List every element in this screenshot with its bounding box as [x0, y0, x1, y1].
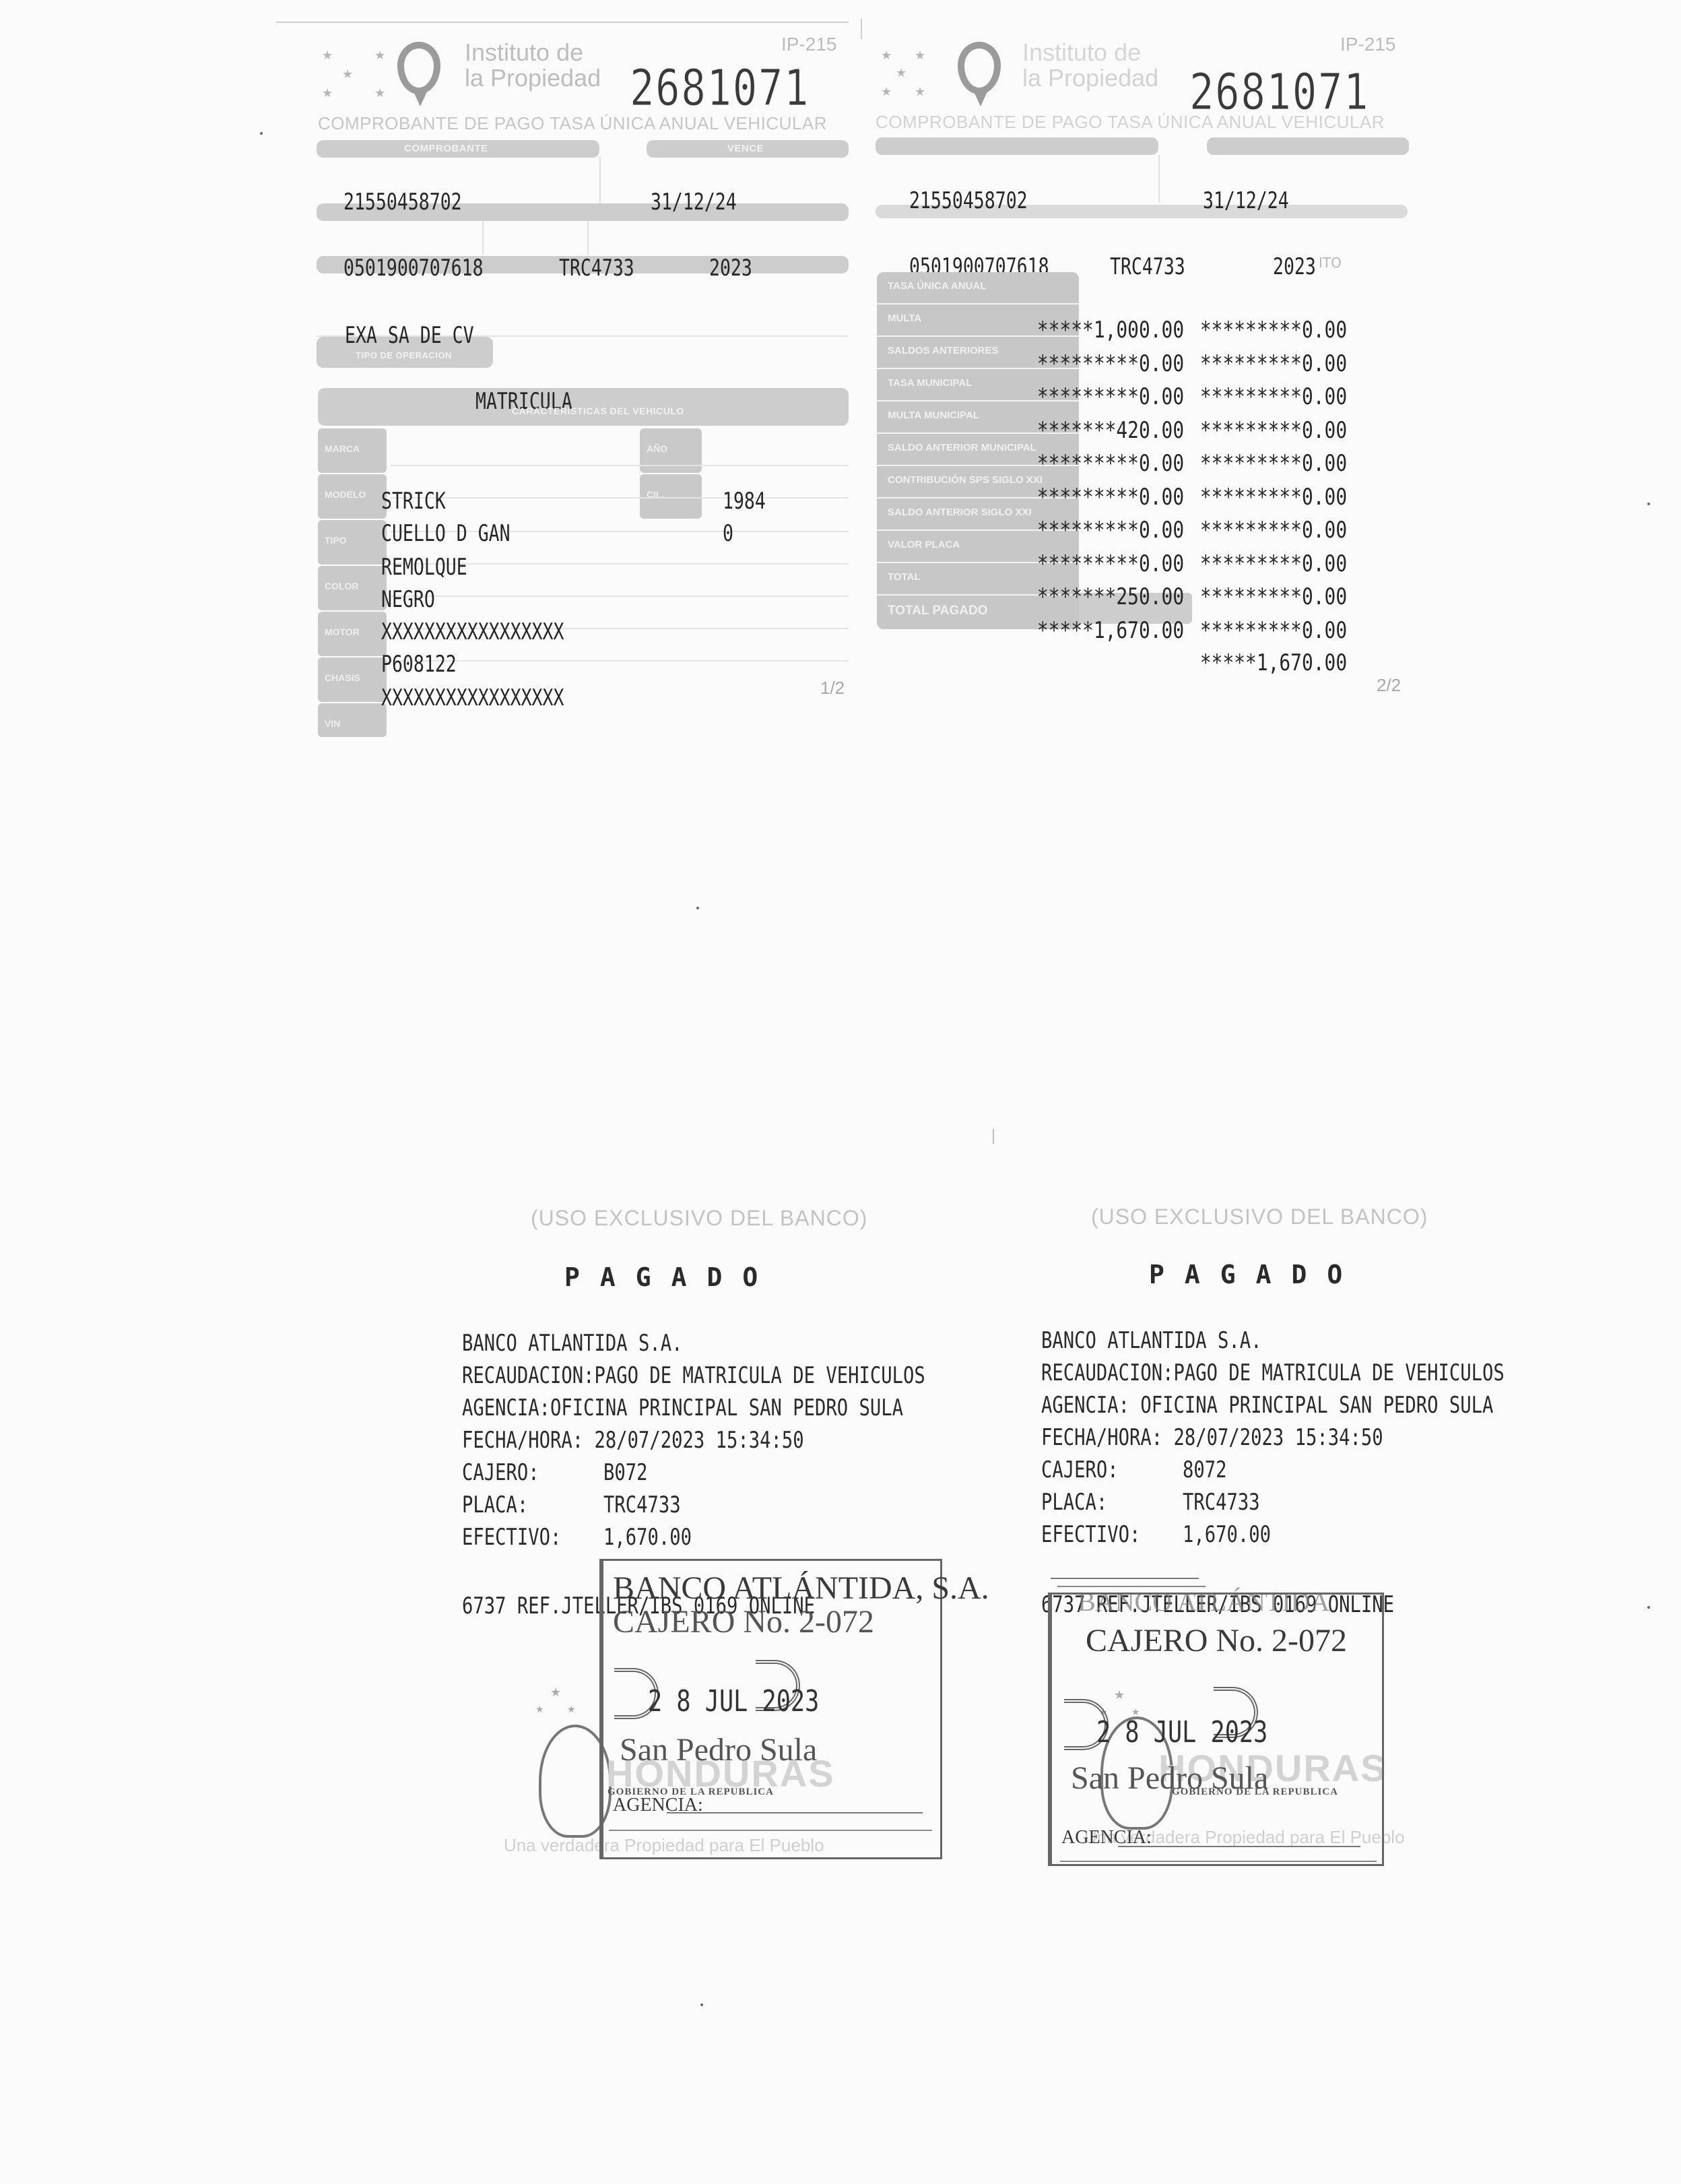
scan-edge-line: [276, 22, 849, 23]
amount-col1-value: *********0.00: [1037, 517, 1184, 544]
vehicle-motor-value: XXXXXXXXXXXXXXXXX: [381, 618, 564, 645]
anio-value: 2023: [709, 255, 752, 282]
vehicle-label: MOTOR: [325, 627, 360, 637]
contribuyente-id-value: 0501900707618: [343, 255, 484, 282]
scan-speck: [696, 907, 699, 909]
stamp-city: San Pedro Sula: [1071, 1760, 1268, 1797]
efectivo-value: 1,670.00: [1183, 1521, 1271, 1548]
form-code: IP-215: [1340, 34, 1396, 55]
vehicle-marca-value: STRICK: [381, 488, 446, 515]
amount-label: SALDO ANTERIOR SIGLO XXI: [888, 507, 1032, 518]
vehicle-cil-value: 0: [723, 520, 733, 547]
stamp-date: 2 8 JUL 2023: [648, 1684, 819, 1719]
institution-name-line1: Instituto de: [1022, 39, 1141, 66]
comprobante-value: 21550458702: [343, 189, 462, 216]
fecha-hora-line: FECHA/HORA: 28/07/2023 15:34:50: [1041, 1424, 1383, 1451]
comprobante-value: 21550458702: [909, 187, 1028, 214]
vence-value: 31/12/24: [1203, 187, 1289, 214]
amount-col2-value: *********0.00: [1200, 383, 1347, 410]
efectivo-label: EFECTIVO:: [462, 1524, 561, 1551]
stamp-date: 2 8 JUL 2023: [1096, 1715, 1267, 1749]
agencia-line: AGENCIA: OFICINA PRINCIPAL SAN PEDRO SUL…: [1041, 1392, 1493, 1419]
efectivo-label: EFECTIVO:: [1041, 1521, 1140, 1548]
stamp-cashier-number: CAJERO No. 2-072: [613, 1603, 874, 1640]
vehicle-label: MARCA: [325, 443, 360, 454]
amount-col1-value: *****1,000.00: [1037, 317, 1184, 344]
amount-col1-value: *********0.00: [1037, 484, 1184, 511]
efectivo-value: 1,670.00: [603, 1524, 692, 1551]
vehicle-color-value: NEGRO: [381, 586, 435, 613]
scan-mark: [993, 1129, 994, 1144]
cajero-value: B072: [603, 1459, 648, 1486]
amount-col2-value: *********0.00: [1200, 350, 1347, 377]
vehicle-vin-value: XXXXXXXXXXXXXXXXX: [381, 684, 564, 711]
total-pagado-value: *****1,670.00: [1200, 649, 1347, 676]
field-border: [1158, 155, 1160, 202]
agencia-line: AGENCIA:OFICINA PRINCIPAL SAN PEDRO SULA: [462, 1394, 903, 1421]
field-border: [391, 497, 849, 499]
institution-name-line2: la Propiedad: [1022, 65, 1158, 92]
stamp-line: [1051, 1578, 1199, 1579]
cajero-value: 8072: [1183, 1456, 1227, 1483]
property-institute-logo-icon: [958, 42, 1001, 94]
amount-label: MULTA: [888, 313, 921, 324]
star-icon: ★: [550, 1685, 561, 1700]
caracteristicas-label: CARACTERISTICAS DEL VEHICULO: [512, 406, 684, 416]
amount-col2-value: *********0.00: [1200, 517, 1347, 544]
star-icon: ★: [896, 66, 907, 80]
recaudacion-line: RECAUDACION:PAGO DE MATRICULA DE VEHICUL…: [462, 1362, 925, 1389]
vehicle-label: COLOR: [325, 581, 359, 591]
amount-label: TASA ÚNICA ANUAL: [888, 280, 986, 292]
vehicle-label: MODELO: [325, 489, 366, 500]
tipo-operacion-label: TIPO DE OPERACION: [356, 350, 452, 360]
amount-label: SALDO ANTERIOR MUNICIPAL: [888, 442, 1036, 453]
placa-value: TRC4733: [559, 255, 634, 282]
page-number: 2/2: [1377, 675, 1401, 696]
field-border: [391, 660, 849, 662]
vehicle-modelo-value: CUELLO D GAN: [381, 520, 510, 547]
placa-value: TRC4733: [1110, 253, 1185, 280]
paid-status: PAGADO: [1149, 1260, 1362, 1289]
field-border: [391, 596, 849, 597]
star-icon: ★: [881, 49, 892, 63]
amount-label: VALOR PLACA: [888, 539, 960, 550]
placa-value: TRC4733: [1183, 1489, 1260, 1516]
stamp-line: [1118, 1846, 1360, 1847]
stamp-cashier-number: CAJERO No. 2-072: [1086, 1622, 1347, 1659]
amount-col1-value: *******420.00: [1037, 417, 1184, 444]
bank-use-only-header: (USO EXCLUSIVO DEL BANCO): [531, 1206, 867, 1231]
scan-speck: [1647, 503, 1650, 505]
amount-label: TASA MUNICIPAL: [888, 377, 973, 389]
star-icon: ★: [374, 86, 385, 100]
bank-use-only-header: (USO EXCLUSIVO DEL BANCO): [1091, 1205, 1428, 1229]
star-icon: ★: [535, 1704, 544, 1715]
amount-col1-value: *********0.00: [1037, 450, 1184, 477]
institution-name-line2: la Propiedad: [465, 65, 601, 92]
cajero-label: CAJERO:: [462, 1459, 539, 1486]
amount-label: CONTRIBUCIÓN SPS SIGLO XXI: [888, 474, 1043, 486]
tipo-operacion-value: EXA SA DE CV: [345, 322, 474, 349]
amount-col1-value: *********0.00: [1037, 383, 1184, 410]
placa-value: TRC4733: [603, 1491, 681, 1518]
property-institute-logo-icon: [397, 42, 440, 94]
amount-col1-value: *********0.00: [1037, 350, 1184, 377]
amount-col1-value: *********0.00: [1037, 550, 1184, 577]
vehicle-label: VIN: [325, 718, 340, 729]
vence-header-bar: [1207, 137, 1409, 155]
institution-name-line1: Instituto de: [465, 39, 583, 66]
serial-number: 2681071: [630, 59, 810, 117]
amount-label: MULTA MUNICIPAL: [888, 410, 979, 421]
star-icon: ★: [881, 85, 892, 99]
amount-col2-value: *********0.00: [1200, 617, 1347, 644]
vehicle-label: CHASIS: [325, 672, 360, 683]
placa-label: PLACA:: [1041, 1489, 1107, 1516]
star-icon: ★: [915, 85, 925, 99]
amount-label: TOTAL: [888, 571, 921, 583]
scan-speck: [700, 2003, 703, 2006]
stamp-bank-name: BANCO ATLÁNTIDA, S.A.: [613, 1570, 989, 1607]
bank-name: BANCO ATLANTIDA S.A.: [462, 1330, 683, 1357]
anio-suffix: ITO: [1319, 255, 1342, 271]
paid-status: PAGADO: [564, 1262, 778, 1292]
placa-label: PLACA:: [462, 1491, 528, 1518]
amount-col2-value: *********0.00: [1200, 450, 1347, 477]
star-icon: ★: [915, 49, 925, 63]
comprobante-label: COMPROBANTE: [404, 143, 488, 154]
field-border: [482, 221, 484, 255]
field-border: [391, 465, 849, 466]
amount-label: TOTAL PAGADO: [888, 604, 987, 618]
vence-label: VENCE: [727, 143, 764, 154]
vehicle-year-value: 1984: [723, 488, 766, 515]
amount-col1-value: *****1,670.00: [1037, 617, 1184, 644]
scan-speck: [1647, 1606, 1650, 1609]
amount-col2-value: *********0.00: [1200, 317, 1347, 344]
document-title: COMPROBANTE DE PAGO TASA ÚNICA ANUAL VEH…: [876, 112, 1385, 133]
fecha-hora-line: FECHA/HORA: 28/07/2023 15:34:50: [462, 1427, 804, 1454]
amount-col1-value: *******250.00: [1037, 583, 1184, 610]
amount-label: SALDOS ANTERIORES: [888, 345, 998, 356]
stamp-line: [667, 1812, 923, 1813]
bank-name: BANCO ATLANTIDA S.A.: [1041, 1327, 1262, 1354]
vehicle-label: TIPO: [325, 535, 347, 546]
field-border: [587, 221, 589, 255]
amount-col2-value: *********0.00: [1200, 550, 1347, 577]
page-number: 1/2: [820, 678, 845, 699]
cajero-label: CAJERO:: [1041, 1456, 1119, 1483]
comprobante-header-bar: [876, 137, 1158, 155]
amount-col2-value: *********0.00: [1200, 583, 1347, 610]
star-icon: ★: [322, 49, 333, 63]
amount-col2-value: *********0.00: [1200, 484, 1347, 511]
amount-col2-value: *********0.00: [1200, 417, 1347, 444]
page-separator: [861, 19, 862, 39]
star-icon: ★: [322, 86, 333, 100]
anio-value: 2023: [1273, 253, 1316, 280]
star-icon: ★: [374, 49, 385, 63]
recaudacion-line: RECAUDACION:PAGO DE MATRICULA DE VEHICUL…: [1041, 1359, 1505, 1386]
stamp-line: [609, 1830, 932, 1831]
vehicle-tipo-value: REMOLQUE: [381, 554, 467, 581]
scan-speck: [260, 132, 263, 135]
field-border: [599, 156, 601, 203]
star-icon: ★: [567, 1704, 576, 1715]
anio-label: AÑO: [647, 443, 667, 454]
form-code: IP-215: [781, 34, 837, 55]
vehicle-chasis-value: P608122: [381, 651, 457, 678]
document-title: COMPROBANTE DE PAGO TASA ÚNICA ANUAL VEH…: [318, 113, 827, 134]
vence-value: 31/12/24: [651, 189, 737, 216]
stamp-line: [1060, 1861, 1377, 1862]
star-icon: ★: [342, 67, 353, 82]
stamp-city: San Pedro Sula: [620, 1731, 817, 1768]
